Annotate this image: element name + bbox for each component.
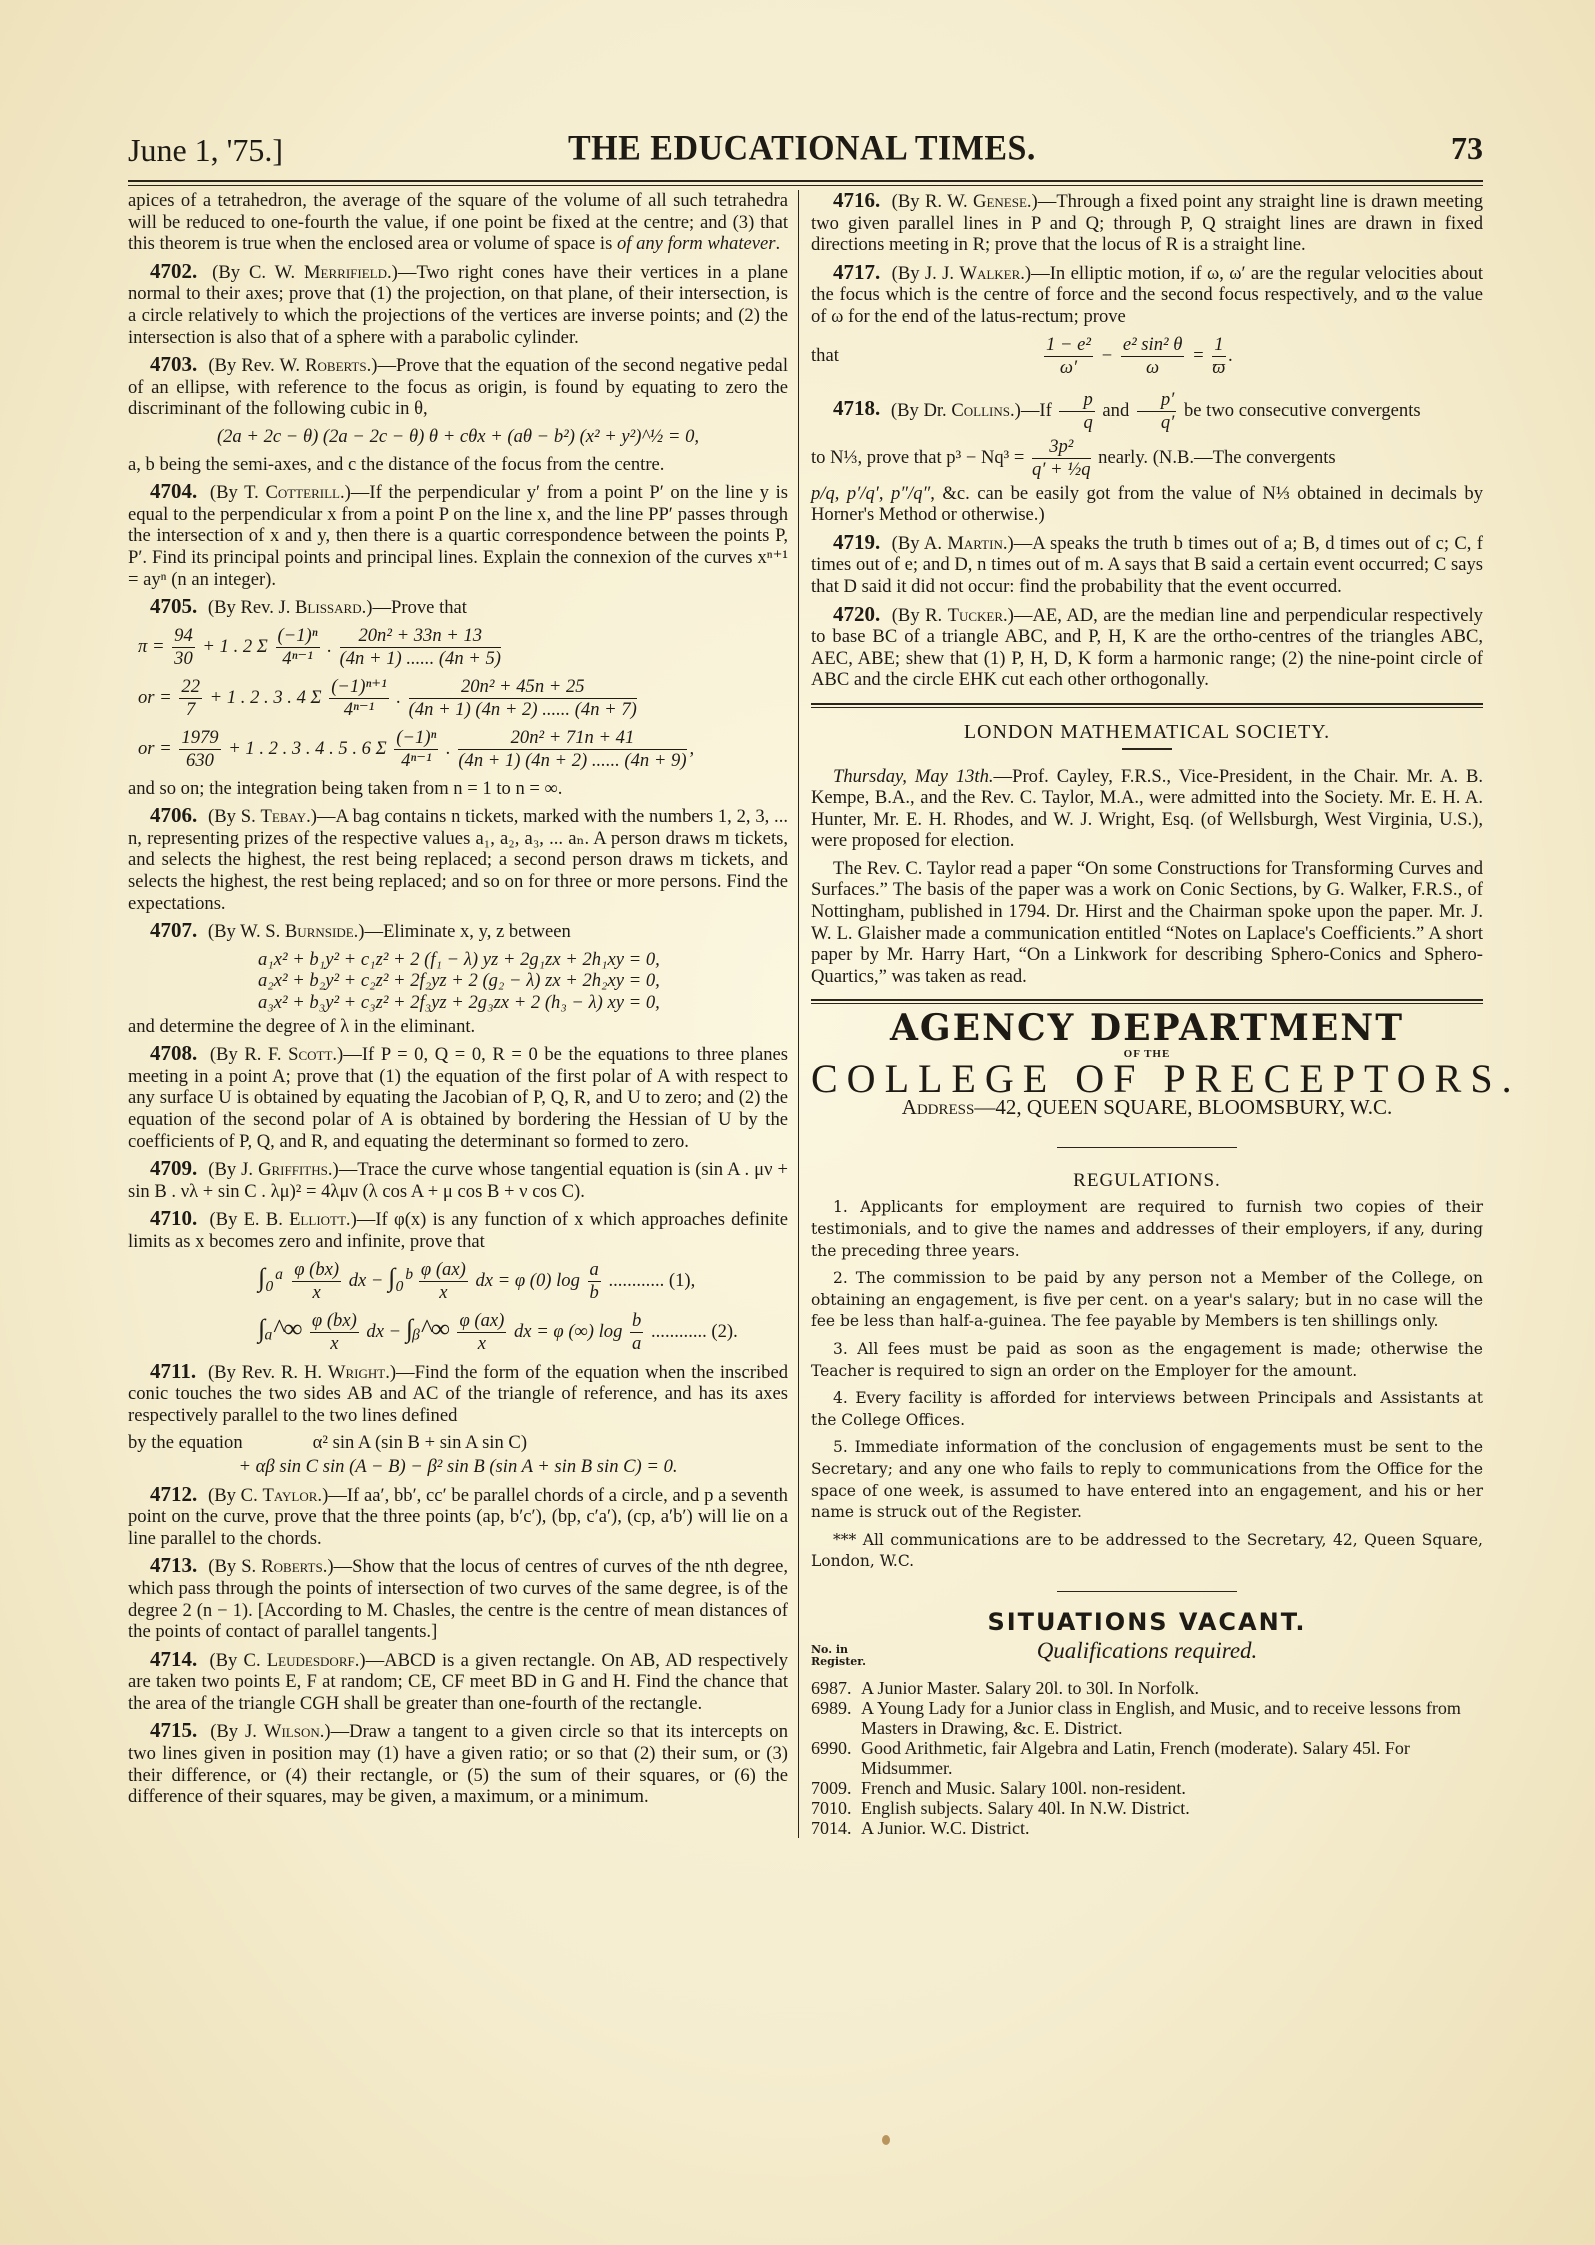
question-4704: 4704. (By T. Cotterill.)—If the perpendi… [128, 481, 788, 590]
qualifications-label: Qualifications required. [811, 1640, 1483, 1662]
running-header: June 1, '75.] THE EDUCATIONAL TIMES. 73 [128, 128, 1483, 178]
situations-column-header: No. inRegister. Qualifications required. [811, 1638, 1483, 1678]
short-rule [1057, 1591, 1237, 1592]
question-4712: 4712. (By C. Taylor.)—If aa′, bb′, cc′ b… [128, 1484, 788, 1550]
regulation-3: 3. All fees must be paid as soon as the … [811, 1339, 1483, 1382]
question-4710: 4710. (By E. B. Elliott.)—If φ(x) is any… [128, 1208, 788, 1252]
page-number: 73 [1451, 130, 1483, 167]
question-4703: 4703. (By Rev. W. Roberts.)—Prove that t… [128, 354, 788, 420]
agency-address: Address—42, QUEEN SQUARE, BLOOMSBURY, W.… [811, 1097, 1483, 1119]
situation-row: 7010.English subjects. Salary 40l. In N.… [811, 1798, 1483, 1818]
question-4718-line-3: p/q, p′/q′, p″/q″, &c. can be easily got… [811, 483, 1483, 526]
paper-stain [882, 2135, 890, 2145]
question-4717: 4717. (By J. J. Walker.)—In elliptic mot… [811, 262, 1483, 328]
two-column-body: apices of a tetrahedron, the average of … [128, 190, 1483, 1838]
college-heading: COLLEGE OF PRECEPTORS. [811, 1068, 1483, 1090]
question-4705-after: and so on; the integration being taken f… [128, 778, 788, 800]
question-4719: 4719. (By A. Martin.)—A speaks the truth… [811, 532, 1483, 598]
question-4707-after: and determine the degree of λ in the eli… [128, 1016, 788, 1038]
question-4702: 4702. (By C. W. Merrifield.)—Two right c… [128, 261, 788, 348]
question-4707: 4707. (By W. S. Burnside.)—Eliminate x, … [128, 920, 788, 943]
question-4705: 4705. (By Rev. J. Blissard.)—Prove that [128, 596, 788, 619]
situation-row: 6990.Good Arithmetic, fair Algebra and L… [811, 1738, 1483, 1778]
publication-title: THE EDUCATIONAL TIMES. [568, 129, 1036, 169]
question-4711: 4711. (By Rev. R. H. Wright.)—Find the f… [128, 1361, 788, 1427]
equation-4711-line-2: + αβ sin C sin (A − B) − β² sin B (sin A… [128, 1456, 788, 1478]
agency-heading: AGENCY DEPARTMENT [811, 1018, 1483, 1040]
regulation-note: *** All communications are to be address… [811, 1530, 1483, 1573]
equation-4717: that 1 − e²ω′ − e² sin² θω = 1ϖ. [811, 334, 1483, 379]
equation-4707-2: a₂x² + b₂y² + c₂z² + 2f₂yz + 2 (g₂ − λ) … [128, 970, 788, 992]
equation-4711-line-1: by the equationα² sin A (sin B + sin A s… [128, 1432, 788, 1454]
question-4709: 4709. (By J. Griffiths.)—Trace the curve… [128, 1158, 788, 1202]
right-column: 4716. (By R. W. Genese.)—Through a fixed… [798, 190, 1483, 1838]
question-4714: 4714. (By C. Leudesdorf.)—ABCD is a give… [128, 1649, 788, 1715]
equation-4703: (2a + 2c − θ) (2a − 2c − θ) θ + cθx + (a… [128, 426, 788, 448]
regulation-5: 5. Immediate information of the conclusi… [811, 1437, 1483, 1523]
question-4706: 4706. (By S. Tebay.)—A bag contains n ti… [128, 805, 788, 914]
left-column: apices of a tetrahedron, the average of … [128, 190, 798, 1838]
question-4716: 4716. (By R. W. Genese.)—Through a fixed… [811, 190, 1483, 256]
question-4713: 4713. (By S. Roberts.)—Show that the loc… [128, 1555, 788, 1642]
regulations-heading: REGULATIONS. [811, 1170, 1483, 1192]
header-rule [128, 180, 1483, 186]
issue-date: June 1, '75.] [128, 132, 283, 169]
situation-row: 7009.French and Music. Salary 100l. non-… [811, 1778, 1483, 1798]
situation-row: 6989.A Young Lady for a Junior class in … [811, 1698, 1483, 1738]
question-4703-after: a, b being the semi-axes, and c the dist… [128, 454, 788, 476]
integral-2: ∫ₐ^∞ φ (bx)x dx − ∫ᵦ^∞ φ (ax)x dx = φ (∞… [128, 1310, 788, 1355]
situation-row: 7014.A Junior. W.C. District. [811, 1818, 1483, 1838]
series-line-2: or = 227 + 1 . 2 . 3 . 4 Σ (−1)ⁿ⁺¹4ⁿ⁻¹ .… [128, 676, 788, 721]
question-4718: 4718. (By Dr. Collins.)—If pq and p′q′ b… [811, 389, 1483, 434]
question-4718-line-2: to N⅓, prove that p³ − Nq³ = 3p²q′ + ½q … [811, 436, 1483, 481]
lms-paragraph-2: The Rev. C. Taylor read a paper “On some… [811, 858, 1483, 988]
short-rule [1122, 748, 1172, 750]
lms-heading: LONDON MATHEMATICAL SOCIETY. [811, 722, 1483, 744]
regulation-1: 1. Applicants for employment are require… [811, 1197, 1483, 1262]
question-4720: 4720. (By R. Tucker.)—AE, AD, are the me… [811, 604, 1483, 691]
series-line-1: π = 9430 + 1 . 2 Σ (−1)ⁿ4ⁿ⁻¹ . 20n² + 33… [128, 625, 788, 670]
equation-4707-3: a₃x² + b₃y² + c₃z² + 2f₃yz + 2g₃zx + 2 (… [128, 992, 788, 1014]
equation-4707-1: a₁x² + b₁y² + c₁z² + 2 (f₁ − λ) yz + 2g₁… [128, 949, 788, 971]
regulation-4: 4. Every facility is afforded for interv… [811, 1388, 1483, 1431]
newspaper-page: June 1, '75.] THE EDUCATIONAL TIMES. 73 … [128, 128, 1483, 1838]
continued-paragraph: apices of a tetrahedron, the average of … [128, 190, 788, 255]
regulation-2: 2. The commission to be paid by any pers… [811, 1268, 1483, 1333]
short-rule [1057, 1147, 1237, 1148]
question-4708: 4708. (By R. F. Scott.)—If P = 0, Q = 0,… [128, 1043, 788, 1152]
question-4715: 4715. (By J. Wilson.)—Draw a tangent to … [128, 1720, 788, 1807]
integral-1: ∫₀ᵃ φ (bx)x dx − ∫₀ᵇ φ (ax)x dx = φ (0) … [128, 1259, 788, 1304]
lms-paragraph-1: Thursday, May 13th.—Prof. Cayley, F.R.S.… [811, 766, 1483, 852]
series-line-3: or = 1979630 + 1 . 2 . 3 . 4 . 5 . 6 Σ (… [128, 727, 788, 772]
section-divider [811, 999, 1483, 1004]
situation-row: 6987.A Junior Master. Salary 20l. to 30l… [811, 1678, 1483, 1698]
section-divider [811, 703, 1483, 708]
situations-heading: SITUATIONS VACANT. [811, 1612, 1483, 1634]
